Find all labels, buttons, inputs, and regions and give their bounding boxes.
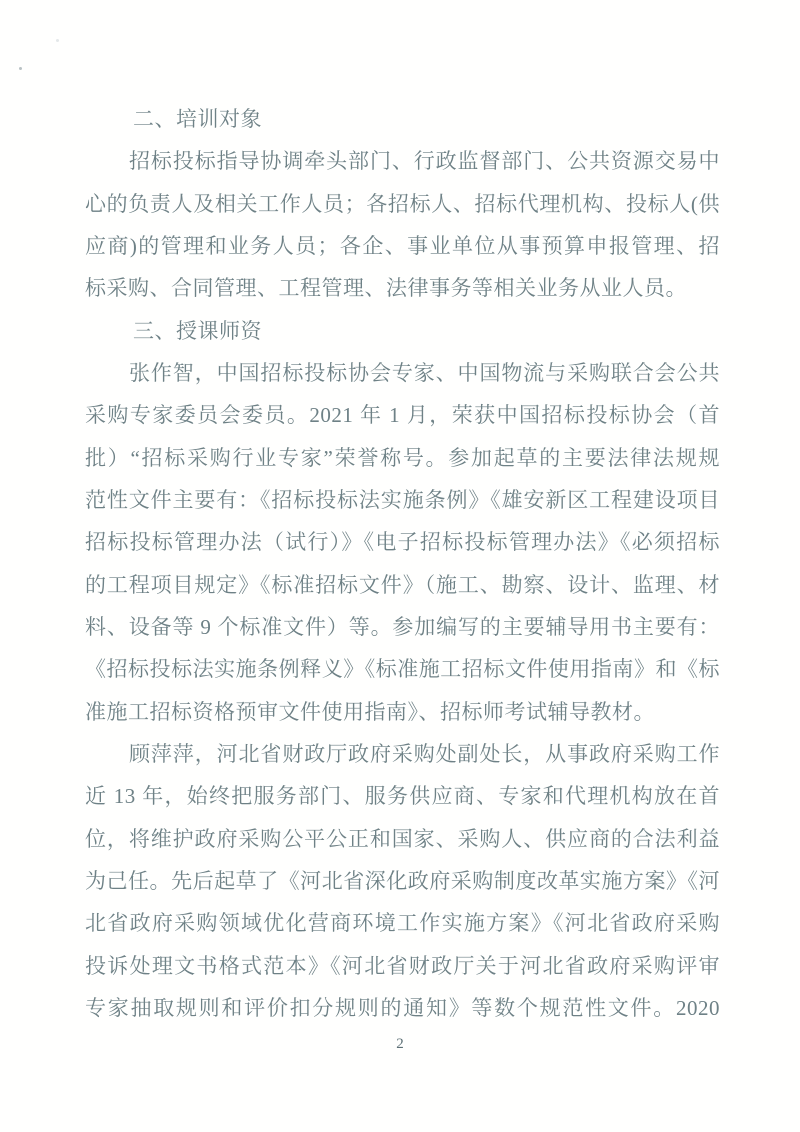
document-text: 二、培训对象招标投标指导协调牵头部门、行政监督部门、公共资源交易中心的负责人及相… [85, 98, 720, 1029]
text-line: 准施工招标资格预审文件使用指南》、招标师考试辅导教材。 [85, 691, 720, 733]
text-line: 北省政府采购领域优化营商环境工作实施方案》《河北省政府采购 [85, 902, 720, 944]
text-line: 标采购、合同管理、工程管理、法律事务等相关业务从业人员。 [85, 267, 720, 309]
text-line: 《招标投标法实施条例释义》《标准施工招标文件使用指南》和《标 [85, 648, 720, 690]
text-line: 为己任。先后起草了《河北省深化政府采购制度改革实施方案》《河 [85, 860, 720, 902]
text-line: 的工程项目规定》《标准招标文件》（施工、勘察、设计、监理、材 [85, 564, 720, 606]
scan-speck [19, 67, 22, 70]
text-line: 应商)的管理和业务人员；各企、事业单位从事预算申报管理、招 [85, 225, 720, 267]
text-line: 批）“招标采购行业专家”荣誉称号。参加起草的主要法律法规规 [85, 437, 720, 479]
text-line: 料、设备等 9 个标准文件）等。参加编写的主要辅导用书主要有： [85, 606, 720, 648]
page-number: 2 [0, 1034, 800, 1054]
text-line: 范性文件主要有：《招标投标法实施条例》《雄安新区工程建设项目 [85, 479, 720, 521]
text-line: 投诉处理文书格式范本》《河北省财政厅关于河北省政府采购评审 [85, 945, 720, 987]
section-heading: 二、培训对象 [85, 98, 720, 140]
text-line: 招标投标指导协调牵头部门、行政监督部门、公共资源交易中 [85, 140, 720, 182]
text-line: 近 13 年，始终把服务部门、服务供应商、专家和代理机构放在首 [85, 775, 720, 817]
text-line: 专家抽取规则和评价扣分规则的通知》等数个规范性文件。2020 [85, 987, 720, 1029]
text-line: 心的负责人及相关工作人员；各招标人、招标代理机构、投标人(供 [85, 183, 720, 225]
scan-speck [56, 39, 59, 42]
document-page: 二、培训对象招标投标指导协调牵头部门、行政监督部门、公共资源交易中心的负责人及相… [0, 0, 800, 1132]
text-line: 招标投标管理办法（试行）》《电子招标投标管理办法》《必须招标 [85, 521, 720, 563]
text-line: 张作智，中国招标投标协会专家、中国物流与采购联合会公共 [85, 352, 720, 394]
text-line: 顾萍萍，河北省财政厅政府采购处副处长，从事政府采购工作 [85, 733, 720, 775]
text-line: 采购专家委员会委员。2021 年 1 月，荣获中国招标投标协会（首 [85, 394, 720, 436]
text-line: 位，将维护政府采购公平公正和国家、采购人、供应商的合法利益 [85, 818, 720, 860]
section-heading: 三、授课师资 [85, 310, 720, 352]
